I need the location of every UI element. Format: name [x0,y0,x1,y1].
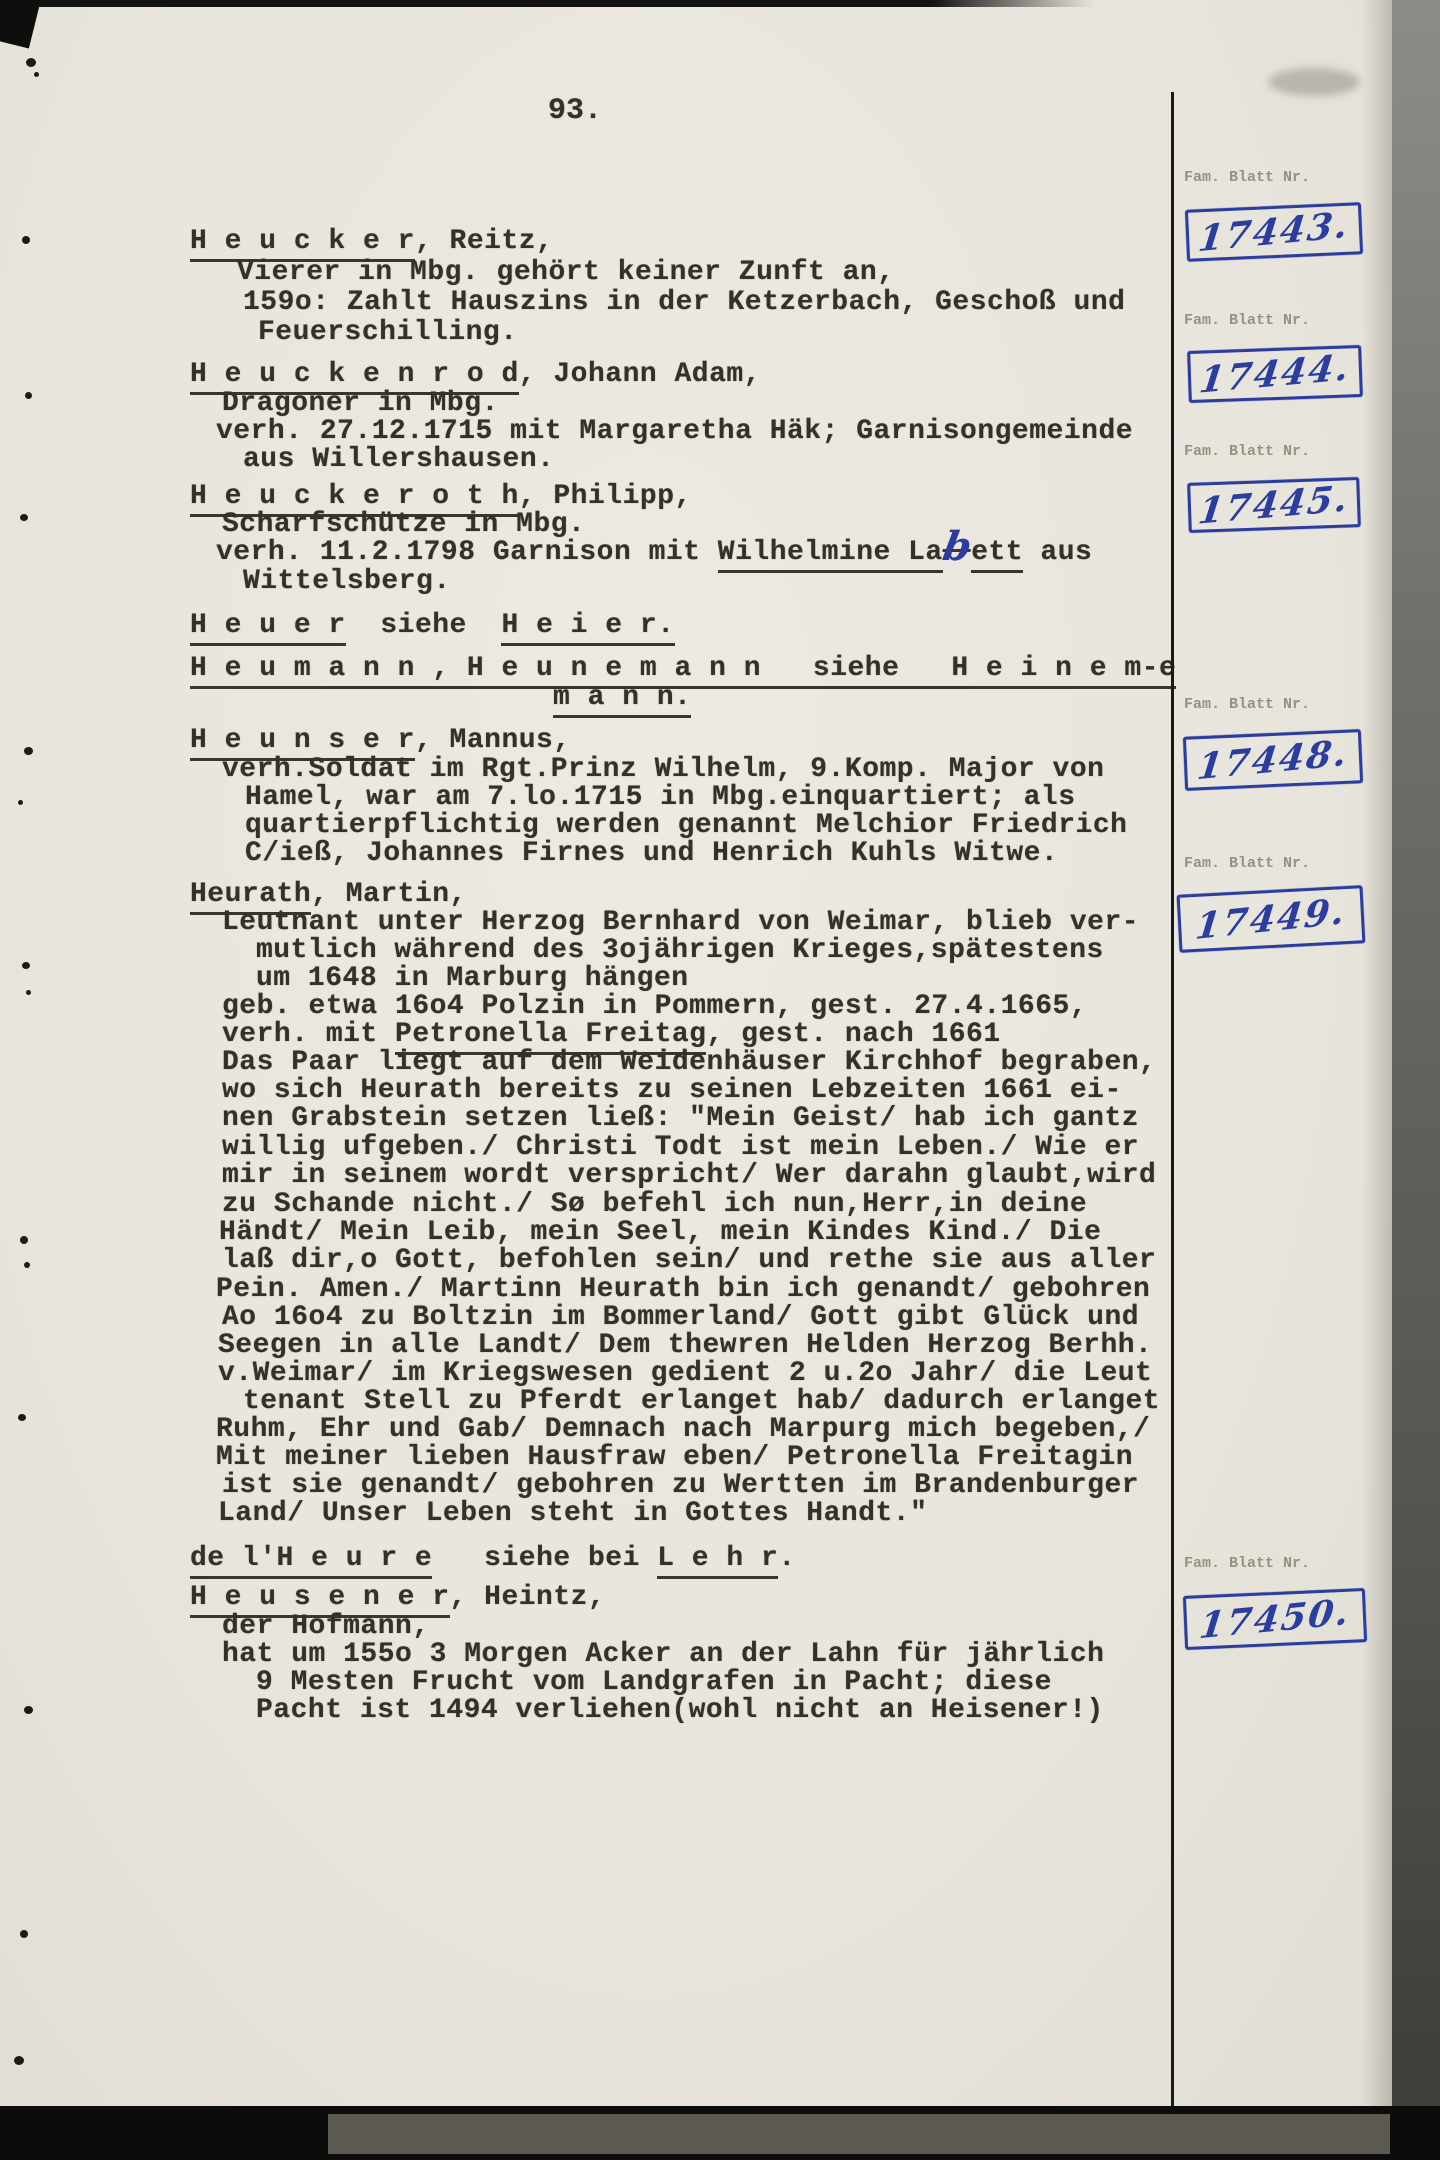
fam-blatt-box: 17450. [1183,1588,1367,1650]
text-line: 159o: Zahlt Hauszins in der Ketzerbach, … [243,288,1125,319]
handwritten-correction: b [942,547,971,552]
text-segment: um 1648 in Marburg hängen [256,963,689,994]
text-line: mir in seinem wordt verspricht/ Wer dara… [222,1161,1156,1192]
fam-blatt-box: 17448. [1183,729,1363,791]
text-line: Feuerschilling. [258,318,518,349]
text-segment: , Heintz, [450,1582,606,1613]
text-segment: Hamel, war am 7.lo.1715 in Mbg.einquarti… [245,782,1076,813]
text-line: C/ieß, Johannes Firnes und Henrich Kuhls… [245,839,1058,870]
text-segment: wo sich Heurath bereits zu seinen Lebzei… [222,1075,1122,1106]
fam-blatt-number: 17445. [1196,480,1351,529]
text-segment: v.Weimar/ im Kriegswesen gedient 2 u.2o … [218,1358,1152,1389]
entry-heading-heumann: H e u m a n n , H e u n e m a n n siehe … [190,654,1176,685]
text-segment: Pein. Amen./ Martinn Heurath bin ich gen… [216,1274,1150,1305]
text-segment: Vierer in Mbg. gehört keiner Zunft an, [237,257,895,288]
entry-heading-de-l-heure: de l'H e u r e siehe bei L e h r. [190,1544,796,1575]
text-segment: tenant Stell zu Pferdt erlanget hab/ dad… [243,1386,1160,1417]
page-number: 93. [548,96,602,126]
text-segment: . [778,1543,795,1574]
text-segment: Scharfschütze in Mbg. [222,509,585,540]
fam-blatt-number: 17450. [1198,1594,1353,1645]
text-segment: siehe [346,610,502,641]
document-page: 93. H e u c k e r, Reitz,Vierer in Mbg. … [0,0,1440,2160]
scan-speck [20,1236,28,1244]
text-segment: L e h r [657,1543,778,1579]
scan-smudge [1268,68,1360,96]
text-segment: verh. 11.2.1798 Garnison mit [216,537,718,568]
fam-blatt-box: 17445. [1187,477,1361,533]
fam-blatt-label: Fam. Blatt Nr. [1184,444,1310,459]
scan-speck [18,800,23,805]
text-segment: Pacht ist 1494 verliehen(wohl nicht an H… [256,1695,1104,1726]
text-segment: m a n n. [553,682,691,718]
entry-heading-heucker: H e u c k e r, Reitz, [190,227,553,258]
text-segment: laß dir,o Gott, befohlen sein/ und rethe… [222,1245,1156,1276]
text-segment: geb. etwa 16o4 Polzin in Pommern, gest. … [222,991,1087,1022]
text-line: verh. 11.2.1798 Garnison mit Wilhelmine … [216,538,1092,569]
fam-blatt-box: 17449. [1177,885,1366,953]
fam-blatt-number: 17449. [1194,893,1348,945]
text-segment: Wittelsberg. [243,566,451,597]
text-segment: zu Schande nicht./ Sø befehl ich nun,Her… [222,1189,1087,1220]
text-segment: quartierpflichtig werden genannt Melchio… [245,810,1127,841]
scan-speck [18,1414,26,1421]
scan-speck [14,2056,24,2065]
text-segment: de l'H e u r e [190,1543,432,1579]
entry-heading-heuckenrod: H e u c k e n r o d, Johann Adam, [190,360,761,391]
text-line: Vierer in Mbg. gehört keiner Zunft an, [237,258,895,289]
text-segment: siehe bei [432,1543,657,1574]
fam-blatt-label: Fam. Blatt Nr. [1184,170,1310,185]
scan-background-strip [1392,0,1440,2160]
text-segment: mutlich während des 3ojährigen Krieges,s… [256,935,1104,966]
text-segment: , Mannus, [415,725,571,756]
scan-top-edge [0,0,1095,7]
scan-speck [22,236,30,244]
scan-speck [26,990,31,995]
text-segment: 159o: Zahlt Hauszins in der Ketzerbach, … [243,287,1125,318]
text-segment: H e i e r. [501,610,674,646]
text-segment: aus Willershausen. [243,444,554,475]
entry-heading-heunser: H e u n s e r, Mannus, [190,726,571,757]
text-segment: verh.Soldat im Rgt.Prinz Wilhelm, 9.Komp… [222,754,1104,785]
text-segment: Das Paar liegt auf dem Weidenhäuser Kirc… [222,1047,1156,1078]
scan-speck [20,1930,28,1938]
scan-speck [22,962,30,969]
text-line: Pacht ist 1494 verliehen(wohl nicht an H… [256,1696,1104,1727]
text-segment: willig ufgeben./ Christi Todt ist mein L… [222,1132,1139,1163]
fam-blatt-number: 17448. [1196,735,1351,786]
fam-blatt-box: 17444. [1187,345,1363,403]
entry-heading-heusener: H e u s e n e r, Heintz, [190,1583,605,1614]
fam-blatt-label: Fam. Blatt Nr. [1184,856,1310,871]
text-segment: nen Grabstein setzen ließ: "Mein Geist/ … [222,1103,1139,1134]
scan-speck [24,1706,33,1714]
fam-blatt-box: 17443. [1185,202,1363,262]
text-segment: Ruhm, Ehr und Gab/ Demnach nach Marpurg … [216,1414,1150,1445]
entry-heading-heuer: H e u e r siehe H e i e r. [190,611,675,642]
text-segment: Ao 16o4 zu Boltzin im Bommerland/ Gott g… [222,1302,1139,1333]
fam-blatt-label: Fam. Blatt Nr. [1184,313,1310,328]
text-line: laß dir,o Gott, befohlen sein/ und rethe… [222,1246,1156,1277]
text-line: aus Willershausen. [243,445,554,476]
text-line: m a n n. [553,683,691,714]
text-segment: verh. mit [222,1019,395,1050]
text-line: nen Grabstein setzen ließ: "Mein Geist/ … [222,1104,1139,1135]
text-segment: , Johann Adam, [519,359,761,390]
text-segment: C/ieß, Johannes Firnes und Henrich Kuhls… [245,838,1058,869]
scan-speck [20,514,28,521]
text-segment: 9 Mesten Frucht vom Landgrafen in Pacht;… [256,1667,1052,1698]
text-segment: verh. 27.12.1715 mit Margaretha Häk; Gar… [216,416,1133,447]
text-segment: hat um 155o 3 Morgen Acker an der Lahn f… [222,1639,1104,1670]
text-segment: , gest. nach 1661 [706,1019,1000,1050]
text-line: Wittelsberg. [243,567,451,598]
scan-speck [24,747,33,755]
scan-bottom-gray-rect [328,2114,1390,2154]
text-segment: Leutnant unter Herzog Bernhard von Weima… [222,907,1139,938]
text-segment: der Hofmann, [222,1611,430,1642]
column-rule [1171,92,1174,2106]
scan-corner-blob [0,0,42,49]
text-segment: Feuerschilling. [258,317,518,348]
text-segment: mir in seinem wordt verspricht/ Wer dara… [222,1160,1156,1191]
text-segment: ist sie genandt/ gebohren zu Wertten im … [222,1470,1139,1501]
text-segment: H e u e r [190,610,346,646]
scan-speck [24,1262,30,1268]
text-segment: , Philipp, [519,481,692,512]
text-segment: Wilhelmine La [718,537,943,573]
text-segment: aus [1023,537,1092,568]
text-line: Land/ Unser Leben steht in Gottes Handt.… [218,1499,927,1530]
scan-speck [25,392,32,399]
text-segment: , Martin, [311,879,467,910]
scan-speck [34,72,39,77]
fam-blatt-label: Fam. Blatt Nr. [1184,697,1310,712]
text-segment: Land/ Unser Leben steht in Gottes Handt.… [218,1498,927,1529]
text-segment: Seegen in alle Landt/ Dem thewren Helden… [218,1330,1152,1361]
fam-blatt-number: 17443. [1197,207,1352,258]
fam-blatt-number: 17444. [1197,349,1352,398]
fam-blatt-label: Fam. Blatt Nr. [1184,1556,1310,1571]
text-segment: ett [971,537,1023,573]
text-segment: , Reitz, [415,226,553,257]
scan-speck [26,58,36,67]
text-segment: Händt/ Mein Leib, mein Seel, mein Kindes… [219,1217,1101,1248]
text-segment: Mit meiner lieben Hausfraw eben/ Petrone… [216,1442,1133,1473]
paper-edge-shadow [1362,0,1392,2160]
text-segment: Dragoner in Mbg. [222,388,499,419]
